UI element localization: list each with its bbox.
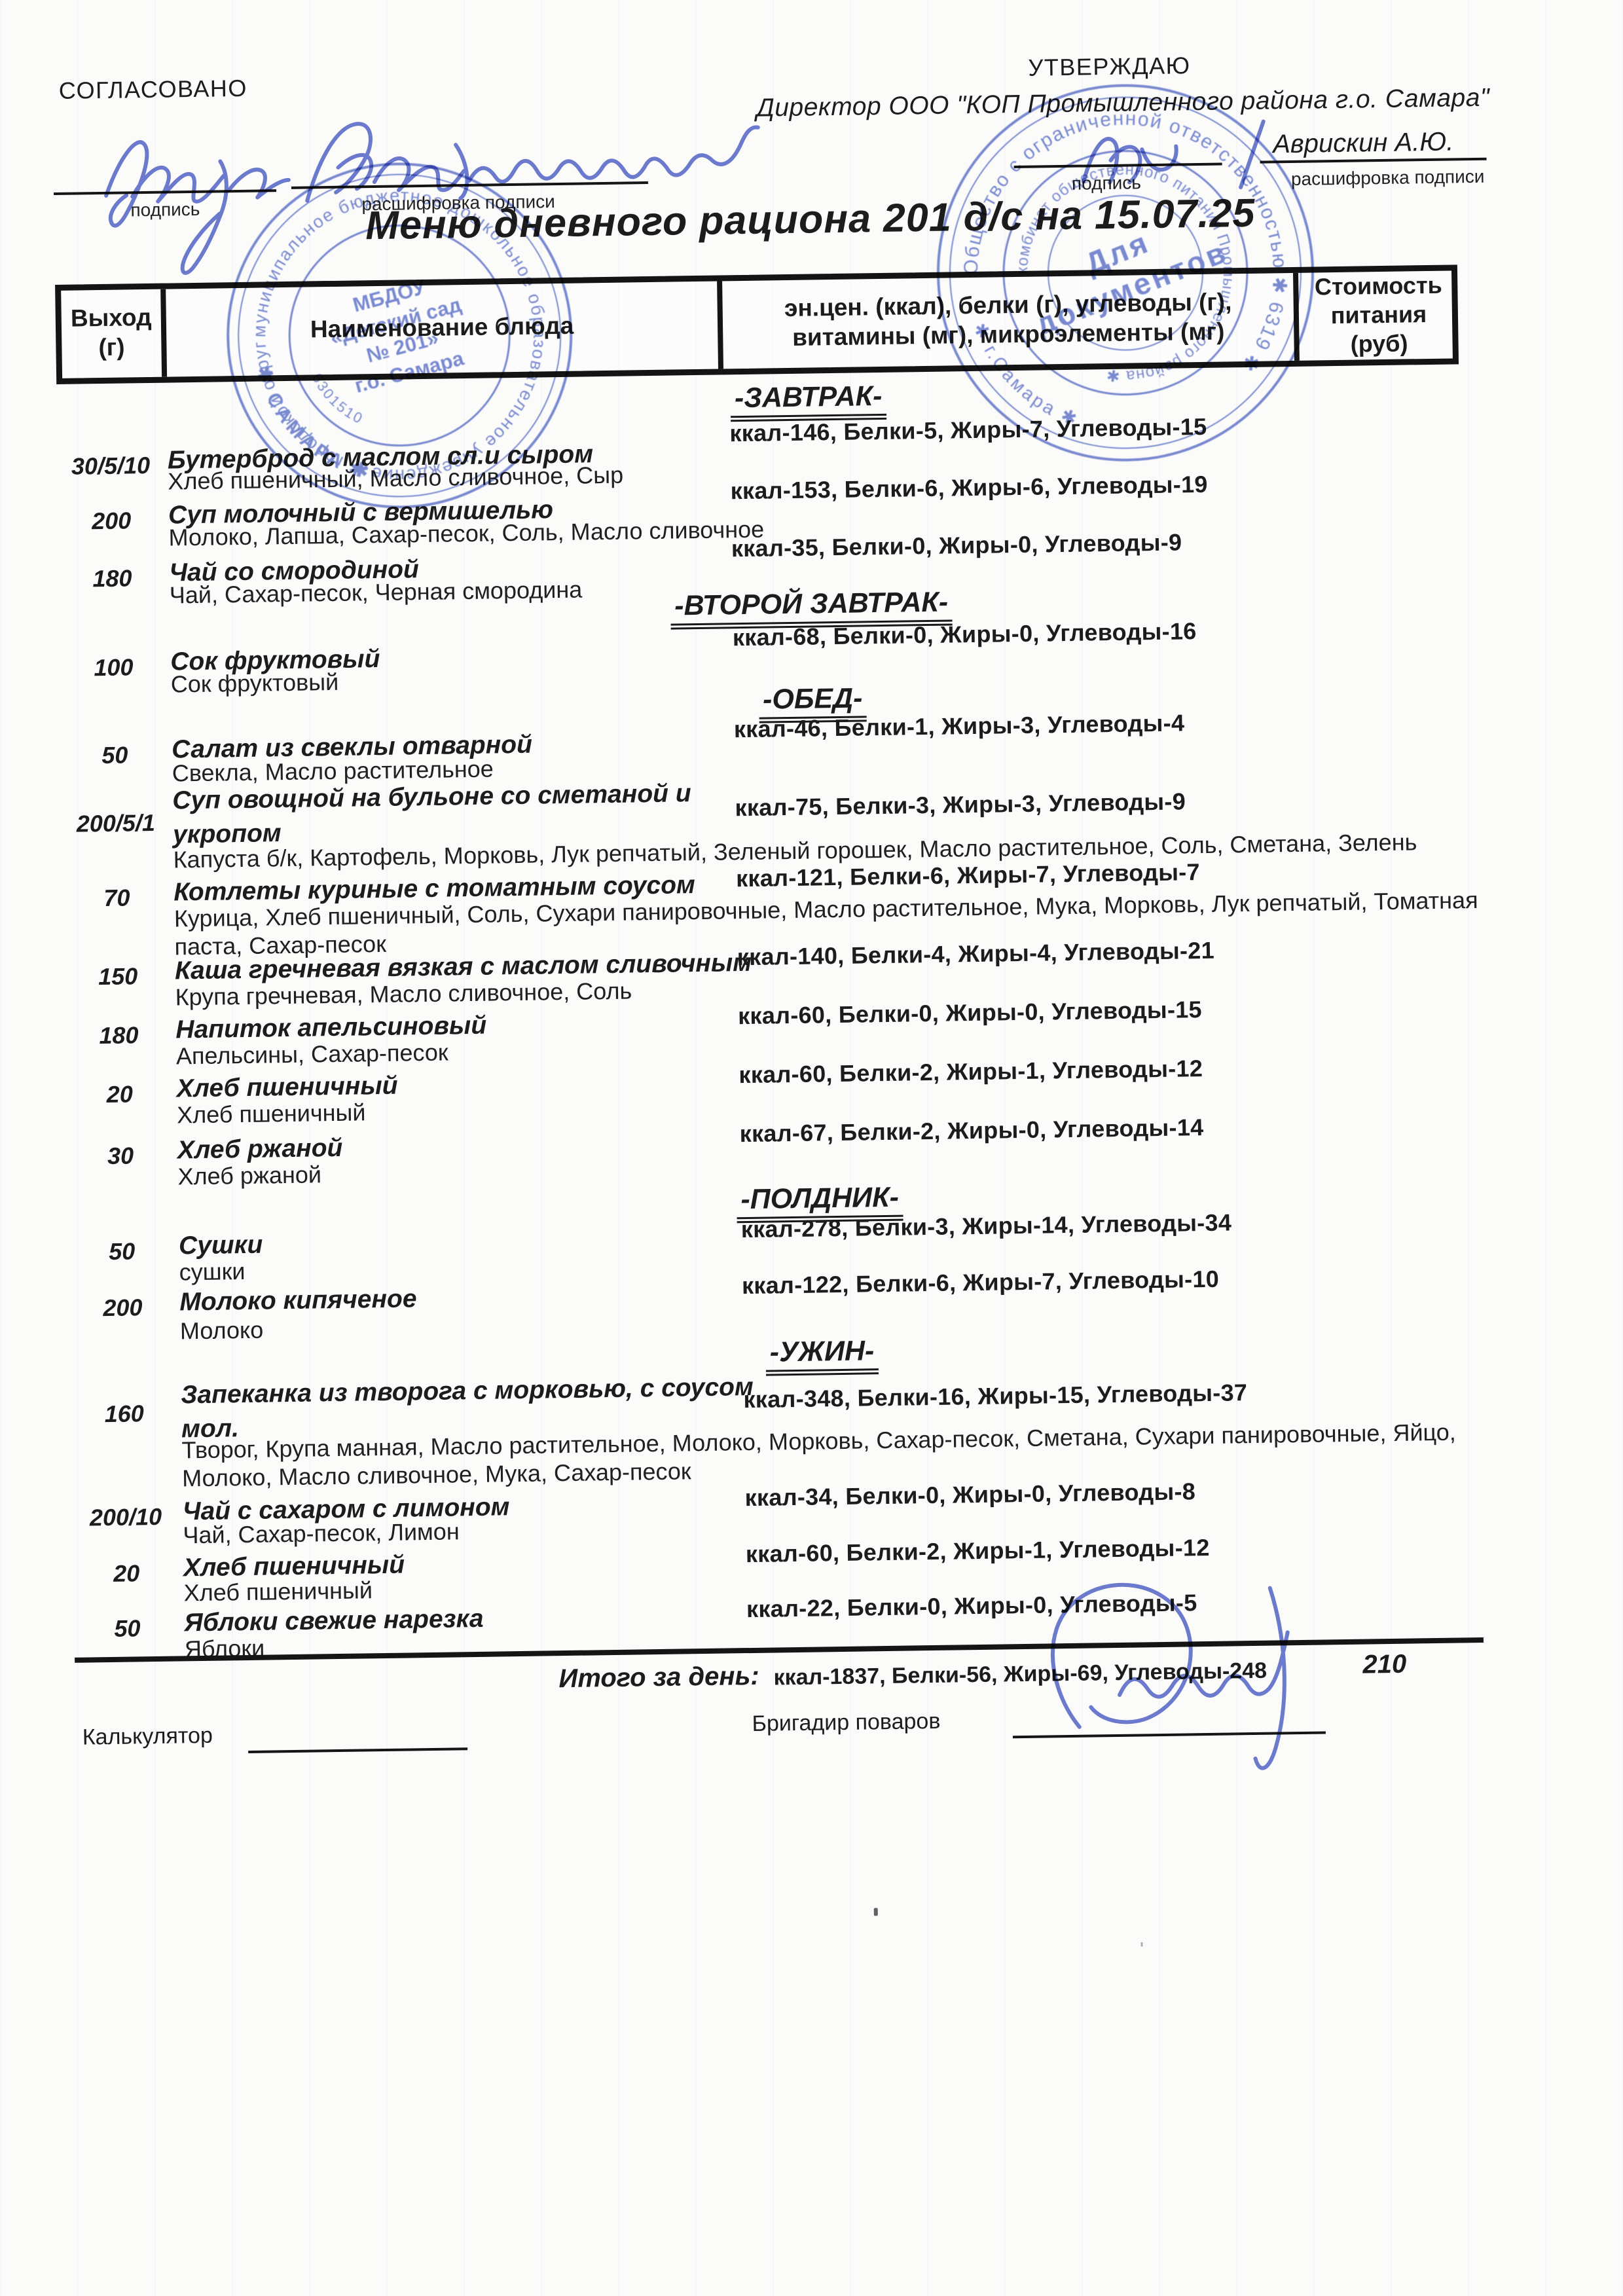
scan-speck bbox=[874, 1908, 878, 1916]
handwritten-signatures bbox=[0, 0, 1623, 2296]
signature-brigadier bbox=[1051, 1582, 1289, 1771]
scan-content: СОГЛАСОВАНО УТВЕРЖДАЮ Директор ООО "КОП … bbox=[0, 0, 1623, 2296]
signature-agreed-sign bbox=[105, 140, 290, 274]
scan-speck bbox=[1140, 1942, 1142, 1946]
signature-agreed-name bbox=[306, 118, 759, 200]
signature-director bbox=[1083, 122, 1264, 190]
scanned-menu-document: СОГЛАСОВАНО УТВЕРЖДАЮ Директор ООО "КОП … bbox=[0, 0, 1623, 2296]
